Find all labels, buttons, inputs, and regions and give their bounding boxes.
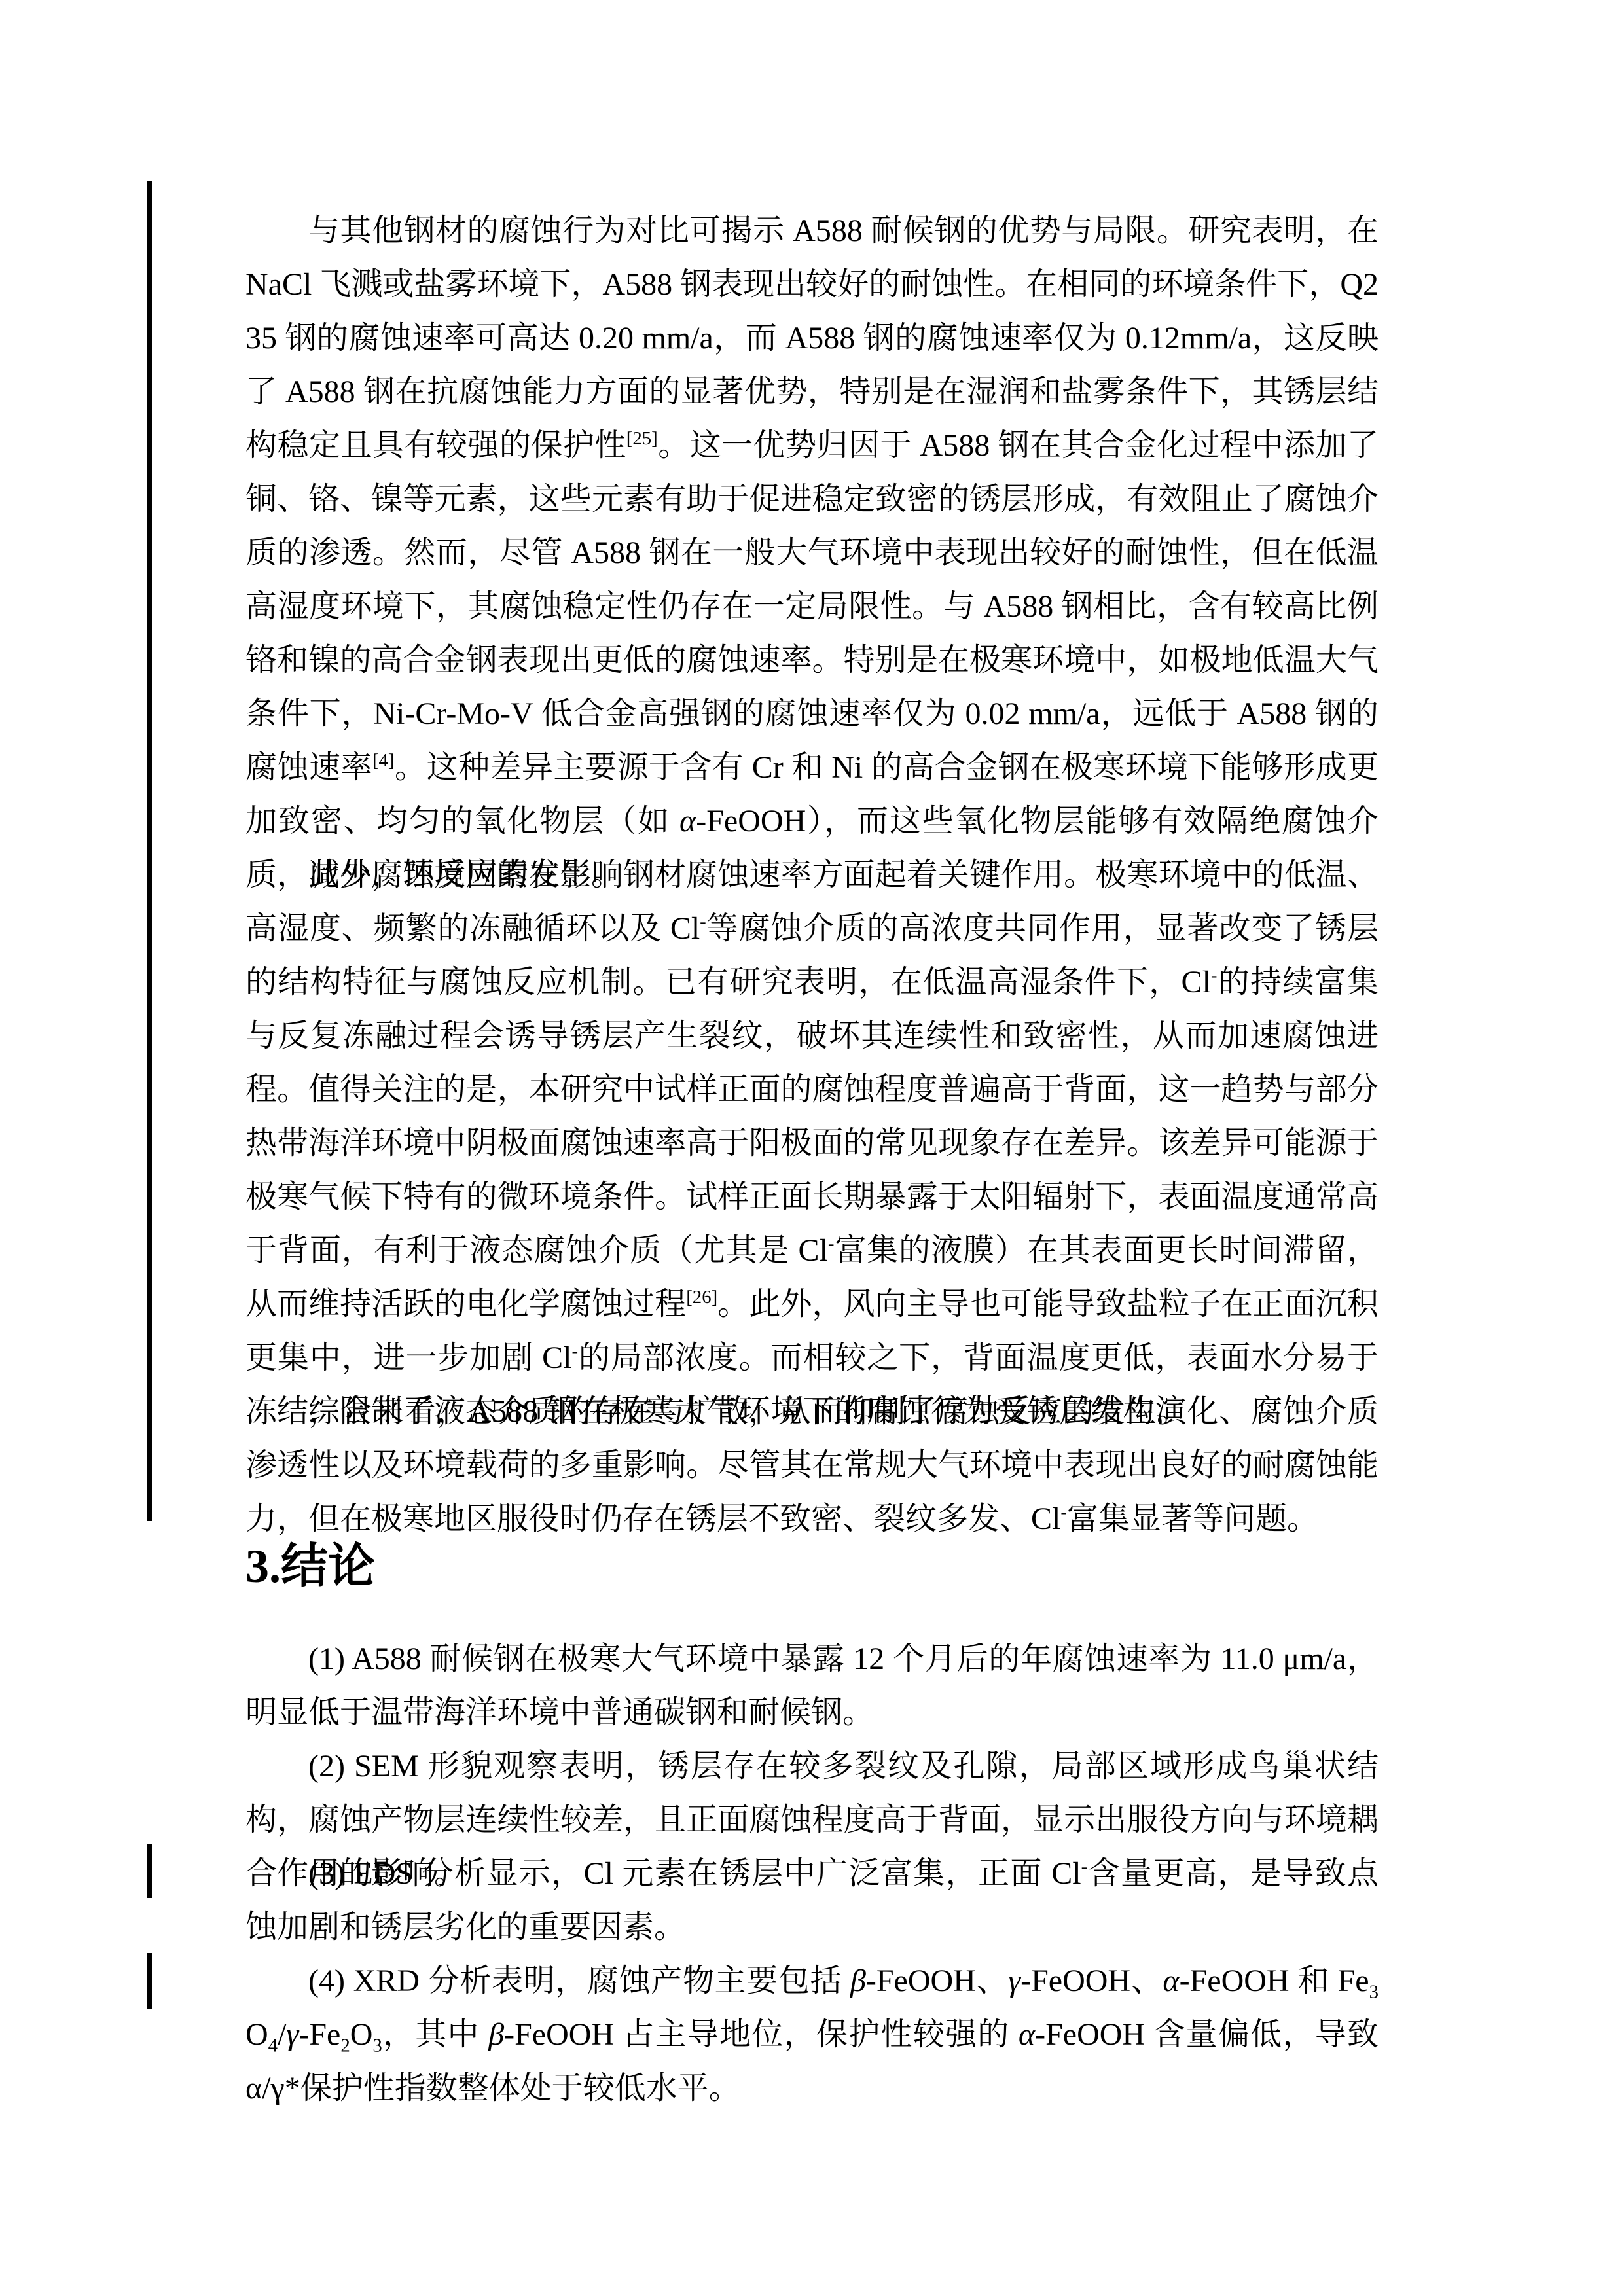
conclusion-item-4: (4) XRD 分析表明，腐蚀产物主要包括 β-FeOOH、γ-FeOOH、α-… bbox=[245, 1954, 1379, 2115]
text-run: - bbox=[700, 911, 706, 932]
text-run: - bbox=[1081, 1856, 1088, 1877]
text-run: O bbox=[245, 2017, 268, 2052]
section-heading-conclusion: 3.结论 bbox=[245, 1537, 1379, 1596]
text-run: -Fe bbox=[298, 2017, 340, 2052]
conclusion-item-3: (3) EDS 分析显示，Cl 元素在锈层中广泛富集，正面 Cl-含量更高，是导… bbox=[245, 1847, 1379, 1954]
text-run: 富集显著等问题。 bbox=[1067, 1501, 1318, 1536]
text-run: α bbox=[1019, 2017, 1035, 2052]
text-run: γ bbox=[1008, 1964, 1020, 1998]
paragraph-environment-factors: 此外，环境因素在影响钢材腐蚀速率方面起着关键作用。极寒环境中的低温、高湿度、频繁… bbox=[245, 848, 1379, 1439]
text-run: 的持续富集与反复冻融过程会诱导锈层产生裂纹，破坏其连续性和致密性，从而加速腐蚀进… bbox=[245, 965, 1379, 1268]
text-run: [4] bbox=[372, 750, 395, 771]
text-run: 。这一优势归因于 A588 钢在其合金化过程中添加了铜、铬、镍等元素，这些元素有… bbox=[245, 428, 1379, 785]
text-run: -FeOOH、 bbox=[866, 1964, 1008, 1998]
text-run: - bbox=[1211, 965, 1218, 986]
text-run: (1) A588 耐候钢在极寒大气环境中暴露 12 个月后的年腐蚀速率为 11.… bbox=[245, 1641, 1379, 1730]
text-run: [25] bbox=[626, 428, 658, 449]
revision-change-bar-item4 bbox=[147, 1953, 152, 2009]
text-run: 3 bbox=[1369, 1982, 1379, 2003]
text-run: -FeOOH 和 Fe bbox=[1180, 1964, 1369, 1998]
text-run: α bbox=[679, 804, 696, 838]
text-run: - bbox=[1060, 1501, 1067, 1522]
conclusion-item-1: (1) A588 耐候钢在极寒大气环境中暴露 12 个月后的年腐蚀速率为 11.… bbox=[245, 1632, 1379, 1740]
text-run: / bbox=[278, 2017, 286, 2052]
paragraph-summary: 综合来看，A588 钢在极寒大气环境下的腐蚀行为受锈层结构演化、腐蚀介质渗透性以… bbox=[245, 1385, 1379, 1546]
text-run: O bbox=[350, 2017, 373, 2052]
document-page: 与其他钢材的腐蚀行为对比可揭示 A588 耐候钢的优势与局限。研究表明，在 Na… bbox=[0, 0, 1624, 2296]
text-run: 3 bbox=[372, 2036, 382, 2056]
text-run: (3) EDS 分析显示，Cl 元素在锈层中广泛富集，正面 Cl bbox=[308, 1856, 1081, 1891]
text-run: β bbox=[488, 2017, 504, 2052]
text-run: 2 bbox=[340, 2036, 350, 2056]
text-run: 与其他钢材的腐蚀行为对比可揭示 A588 耐候钢的优势与局限。研究表明，在 Na… bbox=[245, 213, 1379, 463]
revision-change-bar-long bbox=[147, 181, 152, 1521]
text-run: 4 bbox=[268, 2036, 278, 2056]
text-run: γ bbox=[286, 2017, 298, 2052]
text-run: (4) XRD 分析表明，腐蚀产物主要包括 bbox=[308, 1964, 850, 1998]
text-run: [26] bbox=[686, 1287, 717, 1308]
revision-change-bar-item3 bbox=[147, 1844, 152, 1898]
text-run: α bbox=[1163, 1964, 1179, 1998]
text-run: -FeOOH 占主导地位，保护性较强的 bbox=[504, 2017, 1019, 2052]
paragraph-steel-comparison: 与其他钢材的腐蚀行为对比可揭示 A588 耐候钢的优势与局限。研究表明，在 Na… bbox=[245, 204, 1379, 902]
text-run: β bbox=[850, 1964, 866, 1998]
text-run: ，其中 bbox=[382, 2017, 488, 2052]
text-run: - bbox=[572, 1340, 579, 1361]
text-run: - bbox=[828, 1233, 835, 1254]
text-run: -FeOOH、 bbox=[1020, 1964, 1163, 1998]
